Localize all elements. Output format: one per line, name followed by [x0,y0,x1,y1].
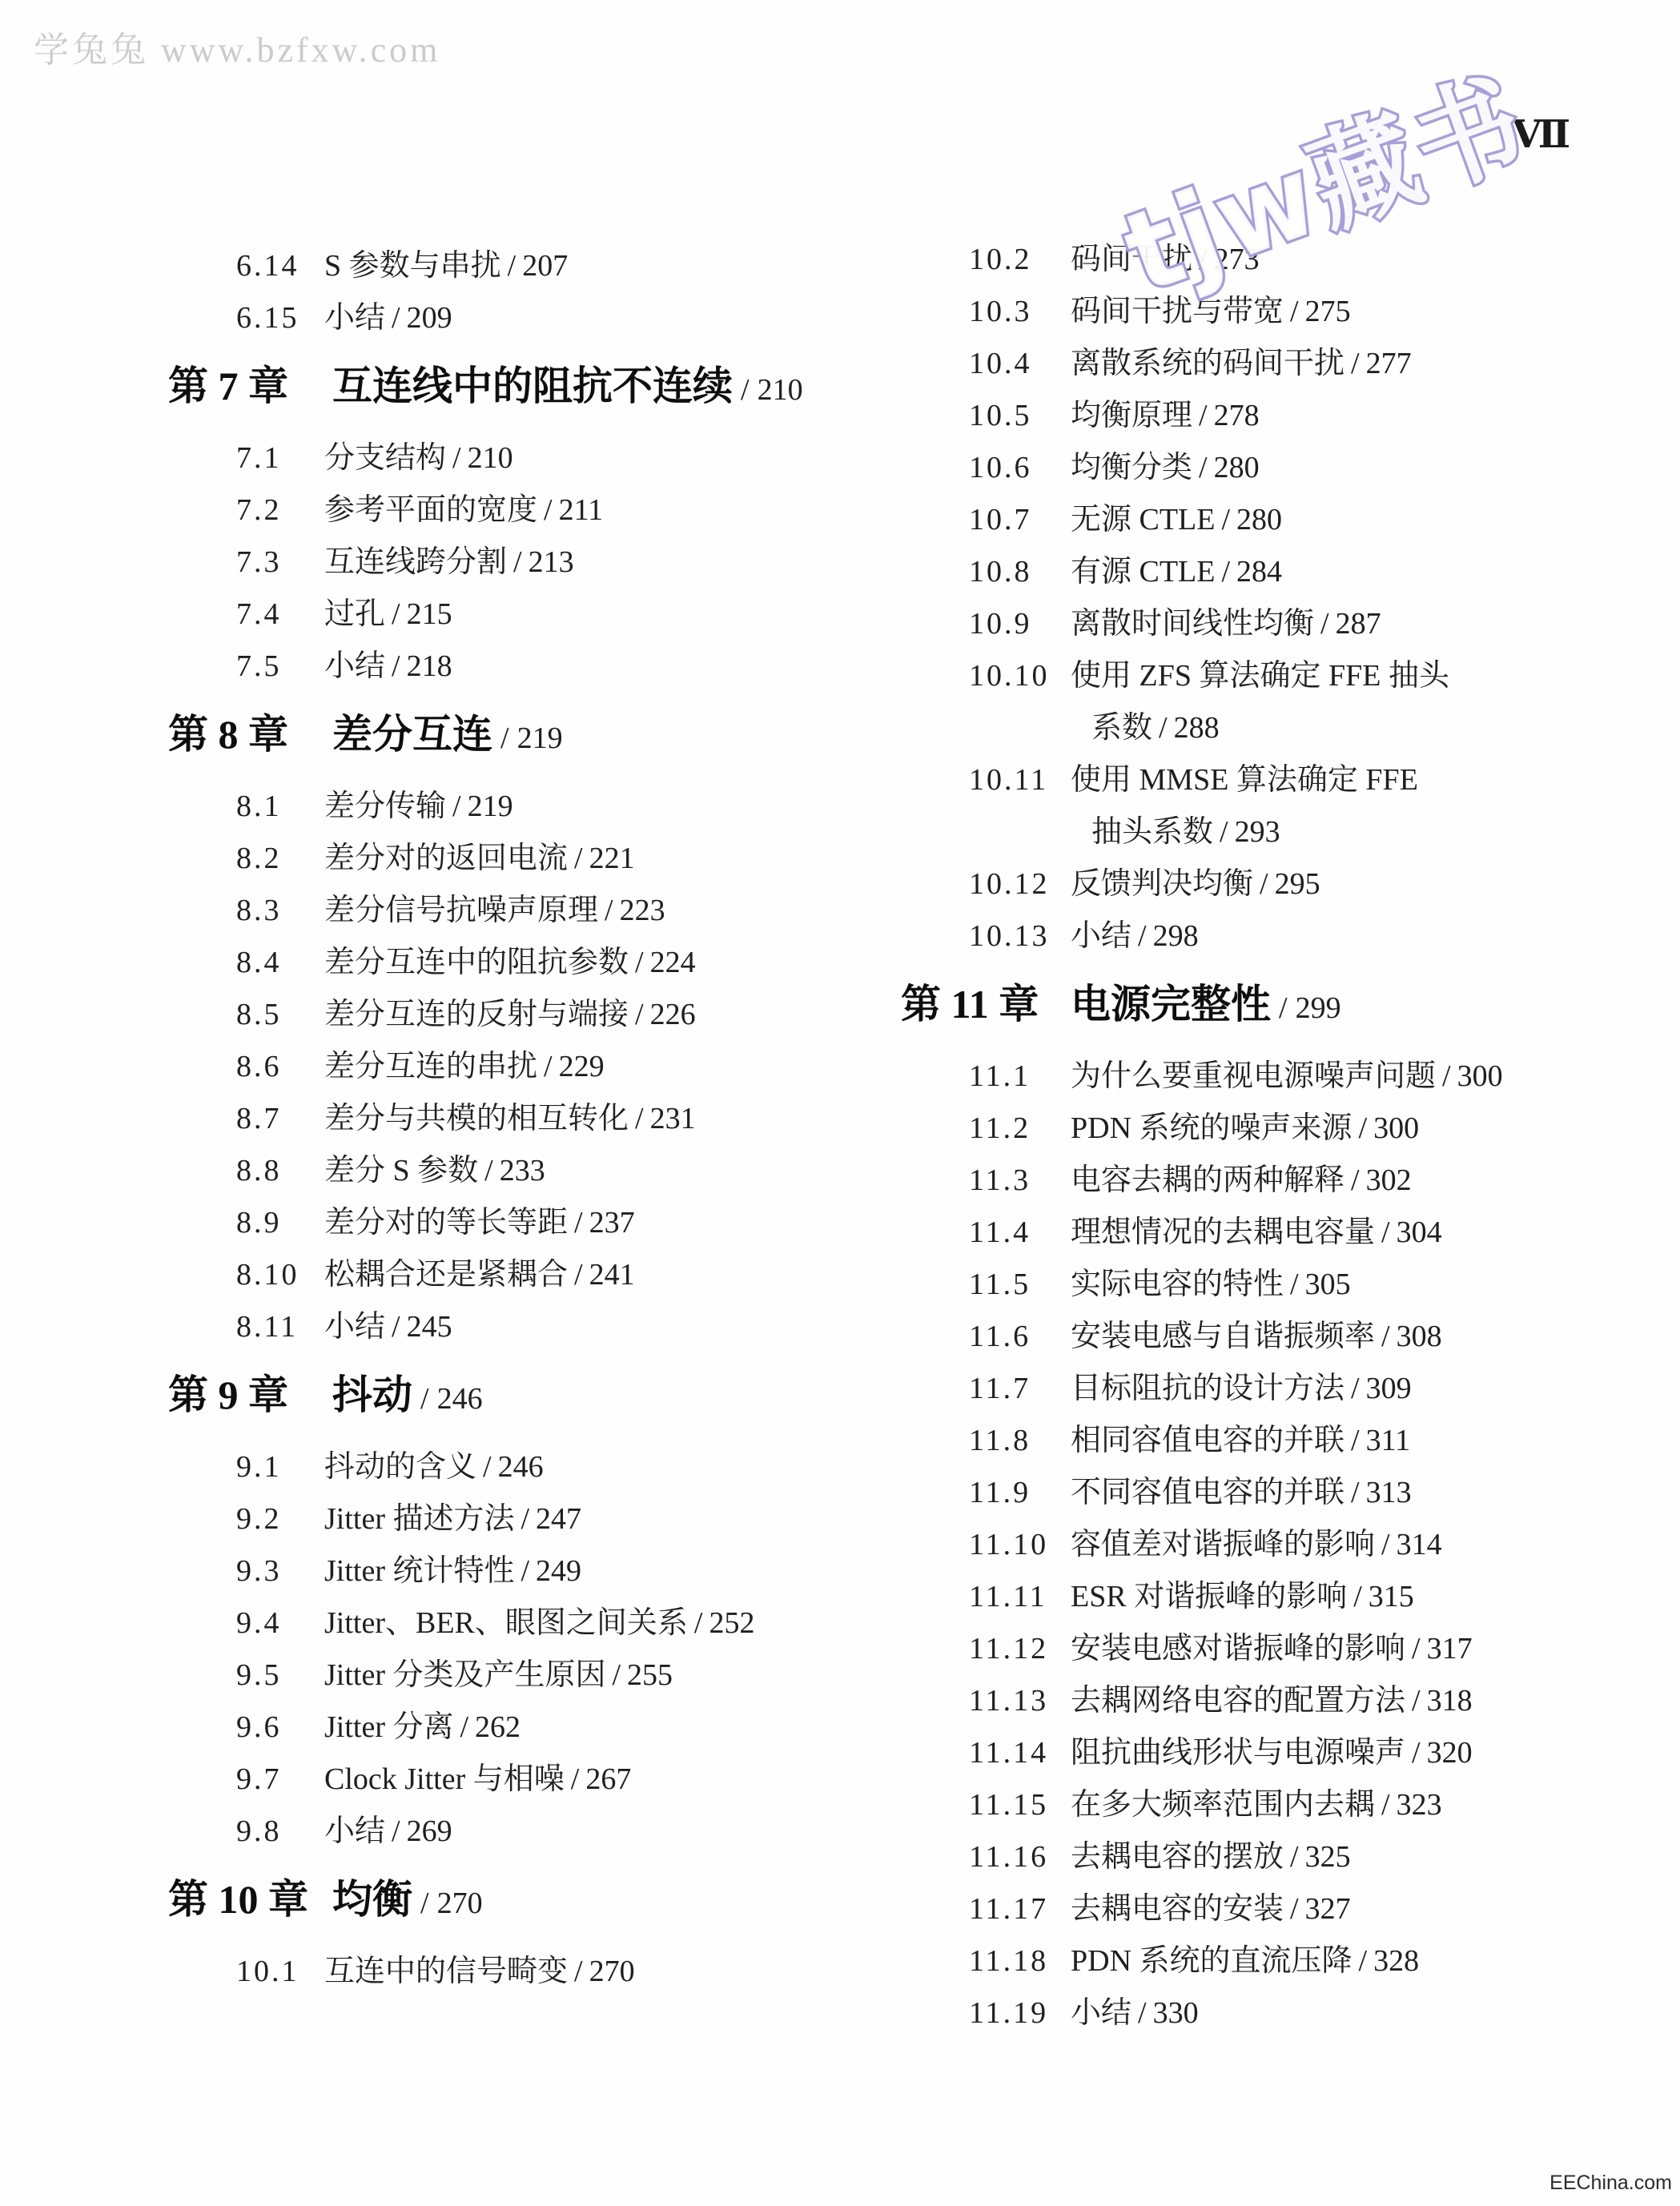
toc-entry-page: 318 [1427,1684,1473,1718]
toc-row: 8.1 差分传输/219 /219 [236,781,873,833]
toc-row: 11.18 PDN 系统的直流压降/328 /328 [969,1935,1670,1987]
toc-entry-number: 8.11 [236,1301,324,1353]
toc-entry-title: 差分对的等长等距 [324,1206,568,1240]
toc-entry-page: 270 [437,1887,483,1920]
toc-entry-page: 224 [650,946,696,979]
toc-entry-number: 11.2 [969,1103,1071,1155]
toc-entry-title: 理想情况的去耦电容量 [1071,1216,1375,1249]
toc-entry-number: 10.5 [969,390,1071,442]
toc-entry-title: 松耦合还是紧耦合 [324,1258,568,1292]
toc-entry-title: 小结 [324,1814,385,1848]
toc-entry-title: 去耦电容的安装 [1071,1892,1284,1926]
toc-row: 9.1 抖动的含义/246 /246 [236,1441,873,1493]
toc-entry-separator: / [1375,1320,1397,1353]
toc-entry-separator: / [514,1554,536,1588]
toc-row: 11.1 为什么要重视电源噪声问题/300 /300 [969,1051,1670,1103]
toc-entry-number: 9.4 [236,1597,324,1649]
toc-entry-number: 9.5 [236,1649,324,1702]
toc-entry-body: 差分 S 参数/233 /233 [324,1145,545,1197]
toc-entry-separator: / [537,1050,559,1083]
toc-entry-number: 8.7 [236,1093,324,1145]
toc-row: 9.4 Jitter、BER、眼图之间关系/252 /252 [236,1597,873,1649]
toc-row: 8.5 差分互连的反射与端接/226 /226 [236,989,873,1041]
toc-entry-title: 离散系统的码间干扰 [1071,347,1344,380]
toc-entry-body: 理想情况的去耦电容量/304 /304 [1071,1207,1442,1259]
toc-entry-body: 去耦网络电容的配置方法/318 /318 [1071,1675,1473,1727]
toc-entry-body: 电源完整性/299 /299 [1071,978,1341,1035]
toc-entry-title: 目标阻抗的设计方法 [1071,1372,1344,1405]
toc-entry-separator: / [1347,1580,1369,1613]
toc-entry-number: 10.1 [236,1946,324,1998]
toc-entry-title: Clock Jitter 与相噪 [324,1762,565,1796]
toc-entry-number: 7.1 [236,432,324,484]
toc-row: 11.2 PDN 系统的噪声来源/300 /300 [969,1103,1670,1155]
toc-entry-number: 9.8 [236,1806,324,1858]
toc-entry-title: 差分对的返回电流 [324,842,568,875]
toc-entry-page: 231 [650,1102,696,1135]
toc-row: 7.2 参考平面的宽度/211 /211 [236,484,873,536]
toc-row: 8.11 小结/245 /245 [236,1301,873,1353]
toc-entry-body: 无源 CTLE/280 /280 [1071,494,1282,546]
toc-entry-page: 314 [1397,1528,1442,1561]
toc-entry-title: 反馈判决均衡 [1071,867,1253,901]
toc-entry-separator: / [1131,1996,1153,2030]
toc-entry-page: 277 [1366,347,1412,380]
toc-entry-separator: / [1344,1424,1366,1457]
toc-row: 8.2 差分对的返回电流/221 /221 [236,833,873,885]
toc-entry-number: 8.1 [236,781,324,833]
toc-entry-number: 11.8 [969,1415,1071,1467]
toc-entry-separator: / [514,1502,536,1536]
toc-entry-body: 差分互连/219 /219 [332,709,563,765]
toc-entry-number: 10.4 [969,338,1071,390]
toc-entry-body: 抖动的含义/246 /246 [324,1441,544,1493]
toc-entry-title: 小结 [1071,1996,1131,2030]
toc-entry-page: 209 [407,301,452,335]
toc-entry-page: 308 [1397,1320,1442,1353]
toc-entry-separator: / [605,1658,627,1692]
toc-entry-title-line2: 系数 [1091,711,1152,745]
toc-entry-title: 离散时间线性均衡 [1071,607,1314,641]
toc-entry-page: 313 [1366,1476,1412,1509]
toc-entry-body: 使用 ZFS 算法确定 FFE 抽头/288 系数/288 [1071,650,1449,754]
toc-entry-body: 目标阻抗的设计方法/309 /309 [1071,1363,1412,1415]
toc-row: 8.6 差分互连的串扰/229 /229 [236,1041,873,1093]
toc-entry-body: PDN 系统的直流压降/328 /328 [1071,1935,1419,1987]
toc-entry-number: 11.12 [969,1623,1071,1675]
toc-entry-separator: / [1375,1788,1397,1822]
toc-entry-number: 11.19 [969,1987,1071,2039]
toc-entry-page: 275 [1305,295,1351,328]
toc-entry-separator: / [412,1887,437,1920]
toc-entry-page: 211 [559,493,604,527]
toc-entry-body: Jitter 描述方法/247 /247 [324,1493,581,1545]
toc-entry-page: 311 [1366,1424,1411,1457]
toc-entry-title: 参考平面的宽度 [324,493,537,527]
toc-entry-body: 抖动/246 /246 [332,1369,483,1425]
toc-entry-body: 电容去耦的两种解释/302 /302 [1071,1155,1412,1207]
toc-entry-body: 差分互连的串扰/229 /229 [324,1041,605,1093]
toc-entry-number: 11.13 [969,1675,1071,1727]
toc-entry-title: 小结 [324,301,385,335]
toc-entry-page: 304 [1397,1216,1442,1249]
toc-entry-separator: / [688,1606,709,1640]
toc-entry-body: 离散系统的码间干扰/277 /277 [1071,338,1412,390]
toc-entry-number: 10.6 [969,442,1071,494]
toc-entry-title: 无源 CTLE [1071,503,1215,536]
toc-entry-page: 207 [522,249,568,283]
toc-entry-page: 284 [1236,555,1282,589]
toc-entry-page: 215 [407,597,452,631]
toc-entry-page: 213 [529,545,574,579]
toc-entry-body: Jitter 分类及产生原因/255 /255 [324,1649,673,1702]
toc-row: 10.12 反馈判决均衡/295 /295 [969,858,1670,910]
toc-entry-page: 219 [468,790,513,823]
toc-entry-number: 6.15 [236,292,324,344]
toc-page: 学兔兔 www.bzfxw.com Ⅶ tjw藏书 6.14 S 参数与串扰/2… [0,0,1680,2206]
toc-entry-number: 8.4 [236,937,324,989]
toc-entry-body: 小结/330 /330 [1071,1987,1199,2039]
toc-row: 8.7 差分与共模的相互转化/231 /231 [236,1093,873,1145]
toc-entry-page: 305 [1305,1268,1351,1301]
toc-entry-body: 过孔/215 /215 [324,589,452,641]
toc-entry-page: 249 [536,1554,581,1588]
toc-entry-separator: / [1436,1059,1457,1093]
toc-row: 10.9 离散时间线性均衡/287 /287 [969,598,1670,650]
toc-entry-separator: / [507,545,529,579]
toc-entry-body: 不同容值电容的并联/313 /313 [1071,1467,1412,1519]
toc-entry-title: Jitter 描述方法 [324,1502,514,1536]
toc-entry-page: 246 [498,1450,544,1484]
toc-entry-number: 10.12 [969,858,1071,910]
toc-entry-page: 252 [709,1606,754,1640]
toc-row: 9.6 Jitter 分离/262 /262 [236,1702,873,1754]
toc-entry-page: 300 [1457,1059,1503,1093]
toc-entry-separator: / [1405,1632,1427,1666]
toc-entry-number: 7.2 [236,484,324,536]
toc-entry-body: 小结/245 /245 [324,1301,452,1353]
toc-entry-body: Jitter、BER、眼图之间关系/252 /252 [324,1597,754,1649]
toc-row: 11.9 不同容值电容的并联/313 /313 [969,1467,1670,1519]
toc-row: 9.2 Jitter 描述方法/247 /247 [236,1493,873,1545]
toc-entry-title: 分支结构 [324,441,446,475]
toc-entry-separator: / [537,493,559,527]
toc-row: 7.4 过孔/215 /215 [236,589,873,641]
toc-entry-title: 抖动的含义 [324,1450,476,1484]
toc-row: 8.8 差分 S 参数/233 /233 [236,1145,873,1197]
toc-entry-body: 有源 CTLE/284 /284 [1071,546,1282,598]
toc-row: 11.13 去耦网络电容的配置方法/318 /318 [969,1675,1670,1727]
toc-entry-page: 315 [1369,1580,1414,1613]
watermark-eechina: EEChina.com [1549,2172,1672,2195]
toc-entry-page: 280 [1214,451,1260,484]
toc-row: 第 10 章 均衡/270 /270 [168,1874,873,1930]
toc-row: 11.17 去耦电容的安装/327 /327 [969,1883,1670,1935]
toc-entry-separator: / [446,790,468,823]
toc-entry-separator: / [598,894,620,927]
toc-entry-separator: / [1375,1528,1397,1561]
toc-row: 11.5 实际电容的特性/305 /305 [969,1259,1670,1311]
toc-entry-body: Jitter 统计特性/249 /249 [324,1545,581,1597]
toc-entry-title: 安装电感与自谐振频率 [1071,1320,1375,1353]
toc-entry-number: 第 9 章 [168,1369,332,1421]
toc-entry-number: 11.9 [969,1467,1071,1519]
toc-entry-number: 9.2 [236,1493,324,1545]
toc-entry-page: 327 [1305,1892,1351,1926]
toc-entry-page: 270 [589,1955,635,1988]
toc-entry-page: 233 [500,1154,545,1187]
toc-entry-body: 容值差对谐振峰的影响/314 /314 [1071,1519,1442,1571]
toc-row: 11.16 去耦电容的摆放/325 /325 [969,1831,1670,1883]
toc-entry-body: 均衡原理/278 /278 [1071,390,1260,442]
toc-row: 9.5 Jitter 分类及产生原因/255 /255 [236,1649,873,1702]
watermark-site-topleft: 学兔兔 www.bzfxw.com [34,21,440,72]
toc-entry-body: ESR 对谐振峰的影响/315 /315 [1071,1571,1414,1623]
toc-entry-title: 有源 CTLE [1071,555,1215,589]
toc-entry-page: 247 [536,1502,581,1536]
toc-entry-number: 第 8 章 [168,709,332,761]
toc-entry-title: ESR 对谐振峰的影响 [1071,1580,1347,1613]
toc-entry-title: Jitter 分类及产生原因 [324,1658,605,1692]
toc-entry-number: 第 7 章 [168,360,332,412]
toc-entry-body: 去耦电容的安装/327 /327 [1071,1883,1351,1935]
toc-entry-page: 328 [1373,1944,1419,1978]
toc-entry-title: 差分互连的串扰 [324,1050,537,1083]
toc-entry-body: 分支结构/210 /210 [324,432,513,484]
toc-entry-number: 11.11 [969,1571,1071,1623]
toc-row: 9.3 Jitter 统计特性/249 /249 [236,1545,873,1597]
toc-entry-page: 298 [1153,919,1199,953]
toc-entry-separator: / [1375,1216,1397,1249]
toc-entry-separator: / [1284,1840,1305,1874]
toc-entry-number: 11.4 [969,1207,1071,1259]
toc-entry-body: 差分互连的反射与端接/226 /226 [324,989,696,1041]
toc-row: 8.10 松耦合还是紧耦合/241 /241 [236,1249,873,1301]
toc-row: 6.15 小结/209 /209 [236,292,873,344]
toc-row: 11.7 目标阻抗的设计方法/309 /309 [969,1363,1670,1415]
toc-entry-number: 10.9 [969,598,1071,650]
toc-entry-separator: / [1192,451,1214,484]
toc-entry-number: 11.6 [969,1311,1071,1363]
toc-entry-separator: / [629,1102,650,1135]
toc-entry-title: 去耦电容的摆放 [1071,1840,1284,1874]
toc-entry-page: 278 [1214,399,1260,432]
toc-entry-title: 抖动 [332,1372,412,1417]
toc-entry-body: 差分传输/219 /219 [324,781,513,833]
toc-entry-title: 使用 MMSE 算法确定 FFE [1071,763,1418,797]
toc-entry-body: 为什么要重视电源噪声问题/300 /300 [1071,1051,1503,1103]
toc-entry-number: 7.3 [236,536,324,589]
toc-entry-separator: / [446,441,468,475]
toc-entry-number: 11.1 [969,1051,1071,1103]
toc-entry-title: 差分与共模的相互转化 [324,1102,629,1135]
toc-entry-page: 280 [1236,503,1282,536]
toc-entry-number: 10.13 [969,910,1071,962]
toc-entry-page: 229 [559,1050,605,1083]
toc-entry-separator: / [385,301,407,335]
toc-row: 11.6 安装电感与自谐振频率/308 /308 [969,1311,1670,1363]
toc-entry-separator: / [385,1310,407,1344]
toc-entry-title: 差分 S 参数 [324,1154,478,1187]
toc-entry-separator: / [1215,503,1236,536]
toc-entry-body: 小结/269 /269 [324,1806,452,1858]
toc-entry-separator: / [453,1710,475,1744]
toc-row: 11.4 理想情况的去耦电容量/304 /304 [969,1207,1670,1259]
toc-row: 第 7 章 互连线中的阻抗不连续/210 /210 [168,360,873,416]
toc-entry-body: Clock Jitter 与相噪/267 /267 [324,1754,631,1806]
toc-entry-body: S 参数与串扰/207 /207 [324,240,568,292]
toc-entry-title: 互连线中的阻抗不连续 [332,364,733,408]
toc-entry-page: 287 [1336,607,1381,641]
toc-entry-number: 10.7 [969,494,1071,546]
toc-entry-separator: / [476,1450,498,1484]
toc-entry-page: 302 [1366,1163,1412,1197]
toc-entry-separator: / [568,1955,589,1988]
toc-entry-body: Jitter 分离/262 /262 [324,1702,520,1754]
toc-entry-separator: / [568,1258,589,1292]
toc-entry-body: 差分对的返回电流/221 /221 [324,833,635,885]
toc-row: 10.5 均衡原理/278 /278 [969,390,1670,442]
toc-entry-body: 差分信号抗噪声原理/223 /223 [324,885,665,937]
toc-entry-page: 288 [1174,711,1220,745]
toc-row: 第 11 章 电源完整性/299 /299 [901,978,1670,1035]
toc-entry-body: 阻抗曲线形状与电源噪声/320 /320 [1071,1727,1473,1779]
toc-entry-page: 241 [589,1258,635,1292]
toc-entry-separator: / [501,249,523,283]
toc-row: 11.14 阻抗曲线形状与电源噪声/320 /320 [969,1727,1670,1779]
toc-entry-separator: / [568,1206,589,1240]
toc-entry-page: 309 [1366,1372,1412,1405]
toc-entry-separator: / [1344,1372,1366,1405]
toc-entry-title: 小结 [1071,919,1131,953]
toc-entry-body: 小结/218 /218 [324,641,452,693]
toc-entry-page: 325 [1305,1840,1351,1874]
toc-entry-page: 210 [468,441,513,475]
toc-entry-page: 246 [437,1382,483,1416]
toc-entry-body: 使用 MMSE 算法确定 FFE/293 抽头系数/293 [1071,754,1418,858]
toc-entry-number: 8.6 [236,1041,324,1093]
toc-entry-title: 均衡原理 [1071,399,1192,432]
toc-entry-number: 8.8 [236,1145,324,1197]
toc-row: 11.12 安装电感对谐振峰的影响/317 /317 [969,1623,1670,1675]
toc-entry-page: 330 [1153,1996,1199,2030]
toc-entry-body: 差分互连中的阻抗参数/224 /224 [324,937,696,989]
toc-entry-title: 差分互连的反射与端接 [324,998,629,1031]
toc-entry-body: 相同容值电容的并联/311 /311 [1071,1415,1410,1467]
toc-row: 10.3 码间干扰与带宽/275 /275 [969,286,1670,338]
toc-entry-separator: / [1215,555,1236,589]
toc-entry-page: 255 [627,1658,673,1692]
toc-entry-separator: / [1344,1476,1366,1509]
toc-entry-body: 去耦电容的摆放/325 /325 [1071,1831,1351,1883]
toc-entry-number: 6.14 [236,240,324,292]
toc-entry-separator: / [568,842,589,875]
toc-entry-title: S 参数与串扰 [324,249,501,283]
toc-entry-separator: / [1152,711,1174,745]
toc-row: 11.11 ESR 对谐振峰的影响/315 /315 [969,1571,1670,1623]
toc-entry-body: 均衡/270 /270 [332,1874,483,1930]
toc-entry-title: 实际电容的特性 [1071,1268,1284,1301]
toc-entry-title: 为什么要重视电源噪声问题 [1071,1059,1436,1093]
toc-entry-body: 均衡分类/280 /280 [1071,442,1260,494]
toc-entry-separator: / [1284,295,1305,328]
toc-entry-body: 实际电容的特性/305 /305 [1071,1259,1351,1311]
toc-entry-title: 去耦网络电容的配置方法 [1071,1684,1405,1718]
toc-entry-separator: / [478,1154,500,1187]
toc-entry-body: 互连线中的阻抗不连续/210 /210 [332,360,803,416]
toc-entry-body: 离散时间线性均衡/287 /287 [1071,598,1381,650]
toc-entry-separator: / [1131,919,1153,953]
toc-entry-separator: / [629,946,650,979]
toc-row: 11.15 在多大频率范围内去耦/323 /323 [969,1779,1670,1831]
toc-entry-body: 互连中的信号畸变/270 /270 [324,1946,635,1998]
toc-entry-title: 电容去耦的两种解释 [1071,1163,1344,1197]
toc-entry-body: 小结/298 /298 [1071,910,1199,962]
toc-entry-page: 317 [1427,1632,1473,1666]
toc-entry-title: 过孔 [324,597,385,631]
toc-entry-title: Jitter 分离 [324,1710,453,1744]
toc-entry-number: 9.6 [236,1702,324,1754]
toc-entry-body: 在多大频率范围内去耦/323 /323 [1071,1779,1442,1831]
toc-entry-page: 237 [589,1206,635,1240]
toc-entry-number: 8.3 [236,885,324,937]
toc-entry-separator: / [565,1762,586,1796]
toc-entry-number: 第 11 章 [901,978,1071,1031]
toc-row: 10.6 均衡分类/280 /280 [969,442,1670,494]
toc-entry-title: 互连中的信号畸变 [324,1955,568,1988]
toc-entry-page: 210 [758,373,803,407]
toc-entry-number: 10.8 [969,546,1071,598]
toc-entry-separator: / [1314,607,1336,641]
toc-entry-title-line2: 抽头系数 [1091,815,1213,849]
toc-entry-separator: / [385,649,407,683]
toc-entry-body: PDN 系统的噪声来源/300 /300 [1071,1103,1419,1155]
toc-entry-number: 10.2 [969,234,1071,286]
toc-entry-body: 反馈判决均衡/295 /295 [1071,858,1320,910]
toc-entry-page: 320 [1427,1736,1473,1770]
toc-entry-title: 相同容值电容的并联 [1071,1424,1344,1457]
toc-entry-separator: / [385,1814,407,1848]
toc-entry-separator: / [1213,815,1235,849]
toc-entry-page: 219 [517,721,563,755]
toc-entry-number: 8.10 [236,1249,324,1301]
toc-entry-title: 差分信号抗噪声原理 [324,894,598,927]
toc-row: 11.19 小结/330 /330 [969,1987,1670,2039]
toc-row: 10.11 使用 MMSE 算法确定 FFE/293 抽头系数/293 [969,754,1670,858]
toc-entry-page: 295 [1275,867,1320,901]
toc-entry-separator: / [629,998,650,1031]
toc-entry-page: 293 [1235,815,1280,849]
toc-entry-number: 第 10 章 [168,1874,332,1926]
toc-entry-title: 均衡分类 [1071,451,1192,484]
toc-entry-title: 安装电感对谐振峰的影响 [1071,1632,1405,1666]
toc-entry-number: 9.3 [236,1545,324,1597]
toc-entry-page: 299 [1296,991,1341,1025]
toc-row: 10.13 小结/298 /298 [969,910,1670,962]
toc-entry-body: 小结/209 /209 [324,292,452,344]
toc-row: 10.7 无源 CTLE/280 /280 [969,494,1670,546]
toc-entry-separator: / [412,1382,437,1416]
toc-entry-page: 323 [1397,1788,1442,1822]
toc-row: 11.8 相同容值电容的并联/311 /311 [969,1415,1670,1467]
toc-entry-page: 300 [1373,1111,1419,1145]
toc-entry-page: 221 [589,842,635,875]
toc-entry-title: 容值差对谐振峰的影响 [1071,1528,1375,1561]
toc-column-right: 10.2 码间干扰/273 /273 10.3 码间干扰与带宽/275 /275… [901,234,1670,2039]
toc-entry-body: 安装电感与自谐振频率/308 /308 [1071,1311,1442,1363]
toc-entry-body: 参考平面的宽度/211 /211 [324,484,603,536]
toc-entry-number: 11.7 [969,1363,1071,1415]
